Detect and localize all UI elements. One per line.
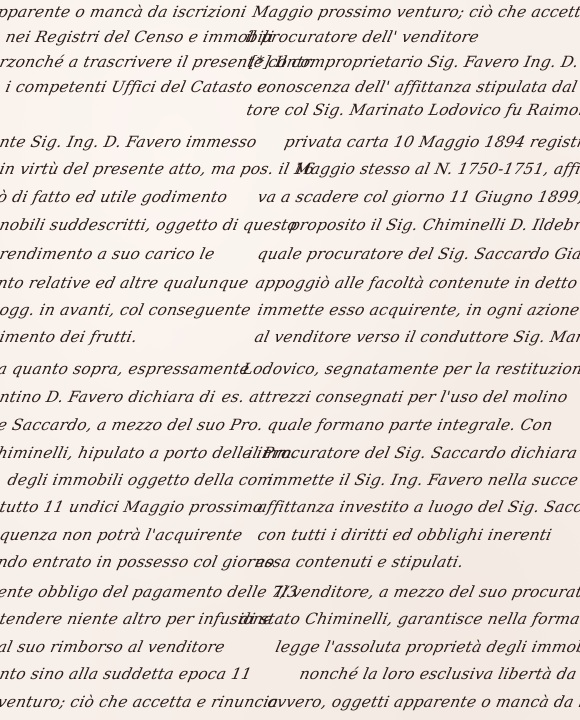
line-18-right: immette il Sig. Ing. Favero nella succe: [266, 473, 580, 489]
handwriting-line-25: nto sino alla suddetta epoca 11 nonché l…: [0, 667, 253, 683]
line-1-right: Maggio prossimo venturo; ciò che accetta…: [251, 5, 580, 21]
line-9-right: proposito il Sig. Chiminelli D. Ildebran: [288, 218, 580, 234]
line-15-left: ntino D. Favero dichiara di: [0, 390, 217, 406]
handwriting-line-5: tore col Sig. Marinato Lodovico fu Raimo…: [0, 103, 3, 119]
handwriting-line-7: in virtù del presente atto, ma pos. il 1…: [0, 162, 316, 178]
handwriting-line-15: ntino D. Favero dichiara di es. attrezzi…: [0, 390, 217, 406]
handwriting-line-9: nobili suddescritti, oggetto di questo p…: [0, 218, 299, 234]
handwriting-line-23: tendere niente altro per infusione di st…: [0, 612, 274, 628]
line-7-right: Maggio stesso al N. 1750-1751, affittan: [293, 162, 580, 178]
handwriting-line-21: ndo entrato in possesso col giorno essa …: [0, 555, 276, 571]
line-23-left: tendere niente altro per infusione: [0, 612, 274, 628]
line-11-left: nto relative ed altre qualunque: [0, 276, 250, 292]
line-20-right: con tutti i diritti ed obblighi inerenti: [256, 528, 553, 544]
line-24-left: al suo rimborso al venditore: [0, 640, 226, 656]
handwriting-line-20: quenza non potrà l'acquirente con tutti …: [0, 528, 244, 544]
line-21-right: essa contenuti e stipulati.: [254, 555, 465, 571]
line-9-left: nobili suddescritti, oggetto di questo: [0, 218, 299, 234]
line-15-right: es. attrezzi consegnati per l'uso del mo…: [220, 390, 569, 406]
handwriting-line-14: a quanto sopra, espressamente Lodovico, …: [0, 362, 251, 378]
line-10-right: quale procuratore del Sig. Saccardo Giac…: [256, 247, 580, 263]
handwritten-document-page: pparente o mancà da iscrizioni Maggio pr…: [0, 0, 580, 720]
line-14-right: Lodovico, segnatamente per la restituzio…: [241, 362, 580, 378]
line-13-right: al venditore verso il conduttore Sig. Ma…: [253, 330, 580, 346]
line-25-left: nto sino alla suddetta epoca 11: [0, 667, 253, 683]
handwriting-line-10: rendimento a suo carico le quale procura…: [0, 247, 216, 263]
handwriting-line-11: nto relative ed altre qualunque appoggiò…: [0, 276, 250, 292]
line-11-right: appoggiò alle facoltà contenute in detto: [254, 276, 579, 292]
handwriting-line-13: imento dei frutti. al venditore verso il…: [0, 330, 139, 346]
line-3-right: [*] Il comproprietario Sig. Favero Ing. …: [248, 55, 580, 71]
handwriting-line-1: pparente o mancà da iscrizioni Maggio pr…: [0, 5, 248, 21]
handwriting-line-2: nei Registri del Censo e immobili il pro…: [4, 30, 275, 46]
handwriting-line-17: himinelli, hipulato a porto delle imm. i…: [0, 446, 299, 462]
line-20-left: quenza non potrà l'acquirente: [0, 528, 244, 544]
line-8-left: ò di fatto ed utile godimento: [0, 190, 229, 206]
line-4-right: conoscenza dell' affittanza stipulata da…: [256, 80, 579, 96]
line-23-right: di stato Chiminelli, garantisce nella fo…: [238, 612, 580, 628]
handwriting-line-12: ogg. in avanti, col conseguente immette …: [0, 303, 252, 319]
handwriting-line-16: e Saccardo, a mezzo del suo Pro. quale f…: [0, 418, 264, 434]
handwriting-line-18: degli immobili oggetto della com. immett…: [6, 473, 279, 489]
line-2-left: nei Registri del Censo e immobili: [4, 30, 275, 46]
line-18-left: degli immobili oggetto della com.: [6, 473, 279, 489]
line-10-left: rendimento a suo carico le: [0, 247, 216, 263]
line-26-right: ovvero, oggetti apparente o mancà da isc…: [266, 695, 580, 711]
line-26-left: venturo; ciò che accetta e rinuncia: [0, 695, 280, 711]
line-19-right: affittanza investito a luogo del Sig. Sa…: [256, 500, 580, 516]
handwriting-line-19: tutto 11 undici Maggio prossimo affittan…: [0, 500, 264, 516]
line-5-right: tore col Sig. Marinato Lodovico fu Raimo…: [245, 103, 580, 119]
handwriting-line-6: nte Sig. Ing. D. Favero immesso privata …: [0, 135, 258, 151]
line-17-right: il Procuratore del Sig. Saccardo dichiar…: [246, 446, 579, 462]
line-25-right: nonché la loro esclusiva libertà da qual: [298, 667, 580, 683]
line-8-right: va a scadere col giorno 11 Giugno 1899, …: [256, 190, 580, 206]
line-16-left: e Saccardo, a mezzo del suo Pro.: [0, 418, 264, 434]
handwriting-line-4: i competenti Uffici del Catasto e conosc…: [4, 80, 268, 96]
handwriting-line-24: al suo rimborso al venditore legge l'ass…: [0, 640, 226, 656]
line-7-left: in virtù del presente atto, ma pos. il 1…: [0, 162, 316, 178]
line-21-left: ndo entrato in possesso col giorno: [0, 555, 276, 571]
handwriting-line-26: venturo; ciò che accetta e rinuncia ovve…: [0, 695, 280, 711]
line-6-right: privata carta 10 Maggio 1894 registrata …: [283, 135, 580, 151]
line-13-left: imento dei frutti.: [0, 330, 139, 346]
handwriting-line-3: rzonché a trascrivere il presente contr.…: [0, 55, 316, 71]
line-22-right: Il venditore, a mezzo del suo procurator: [274, 585, 580, 601]
line-4-left: i competenti Uffici del Catasto e: [4, 80, 268, 96]
line-1-left: pparente o mancà da iscrizioni: [0, 5, 248, 21]
line-2-right: il procuratore dell' venditore: [244, 30, 480, 46]
line-12-left: ogg. in avanti, col conseguente: [0, 303, 252, 319]
line-12-right: immette esso acquirente, in ogni azione …: [256, 303, 580, 319]
line-22-left: ente obbligo del pagamento delle 7/3: [0, 585, 299, 601]
line-16-right: quale formano parte integrale. Con: [266, 418, 554, 434]
line-6-left: nte Sig. Ing. D. Favero immesso: [0, 135, 258, 151]
handwriting-line-8: ò di fatto ed utile godimento va a scade…: [0, 190, 229, 206]
handwriting-line-22: ente obbligo del pagamento delle 7/3 Il …: [0, 585, 299, 601]
line-19-left: tutto 11 undici Maggio prossimo: [0, 500, 264, 516]
line-24-right: legge l'assoluta proprietà degli immobil…: [274, 640, 580, 656]
line-14-left: a quanto sopra, espressamente: [0, 362, 251, 378]
